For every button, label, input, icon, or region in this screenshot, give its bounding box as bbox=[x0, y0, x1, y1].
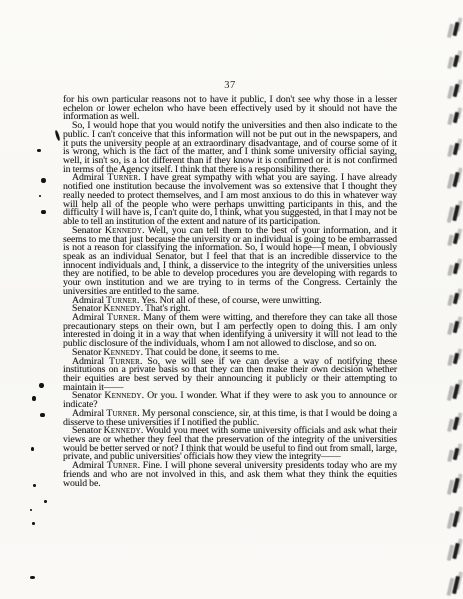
scan-speck bbox=[32, 522, 35, 525]
speaker-name: Senator Kennedy bbox=[72, 390, 142, 401]
scan-smudge bbox=[452, 576, 460, 594]
scan-smudge bbox=[453, 293, 459, 305]
scan-speck bbox=[30, 576, 35, 579]
text-block: for his own particular reasons not to ha… bbox=[63, 96, 397, 488]
scan-smudge bbox=[453, 55, 460, 68]
scan-smudge bbox=[453, 448, 460, 461]
speaker-name: Admiral Turner bbox=[72, 172, 138, 183]
scan-smudge bbox=[452, 478, 459, 494]
scanned-document-page: 37 for his own particular reasons not to… bbox=[0, 0, 463, 599]
scan-smudge bbox=[453, 233, 459, 245]
scan-speck bbox=[31, 447, 34, 451]
scan-speck bbox=[39, 383, 44, 388]
paragraph: Senator Kennedy. Would you meet with som… bbox=[63, 427, 397, 462]
scan-smudge bbox=[452, 172, 459, 188]
scan-speck bbox=[54, 130, 60, 141]
speaker-name: Senator Kennedy bbox=[72, 225, 142, 236]
scan-smudge bbox=[453, 353, 459, 365]
speaker-name: Admiral Turner bbox=[72, 356, 140, 367]
scan-smudge bbox=[452, 511, 459, 527]
scan-smudge bbox=[453, 84, 460, 98]
paragraph: Admiral Turner. Fine. I will phone sever… bbox=[63, 462, 397, 488]
page-number: 37 bbox=[63, 80, 397, 91]
scan-smudge bbox=[453, 417, 460, 431]
scan-smudge bbox=[452, 205, 459, 221]
speaker-name: Admiral Turner bbox=[72, 460, 138, 471]
scan-smudge bbox=[452, 22, 459, 37]
speaker-name: Admiral Turner bbox=[72, 312, 138, 323]
scan-smudge bbox=[452, 384, 459, 400]
scan-speck bbox=[39, 195, 41, 197]
scan-speck bbox=[32, 396, 36, 401]
speaker-name: Senator Kennedy bbox=[72, 425, 141, 436]
scan-speck bbox=[33, 484, 36, 487]
scan-smudge bbox=[453, 112, 459, 124]
paragraph: Admiral Turner. I have great sympathy wi… bbox=[63, 174, 397, 226]
paragraph: So, I would hope that you would notify t… bbox=[63, 122, 397, 174]
paragraph: for his own particular reasons not to ha… bbox=[63, 96, 397, 122]
scan-speck bbox=[37, 149, 41, 152]
scan-smudge bbox=[453, 321, 460, 334]
paragraph: Admiral Turner. Many of them were wittin… bbox=[63, 314, 397, 349]
speaker-name: Admiral Turner bbox=[72, 408, 137, 419]
scan-smudge bbox=[453, 263, 459, 275]
scan-speck bbox=[41, 178, 46, 183]
paragraph: Senator Kennedy. Well, you can tell them… bbox=[63, 227, 397, 297]
scan-smudge bbox=[452, 543, 459, 559]
scan-speck bbox=[41, 210, 46, 214]
scan-speck bbox=[30, 509, 32, 511]
scan-speck bbox=[44, 500, 47, 503]
paragraph: Admiral Turner. So, we will see if we ca… bbox=[63, 358, 397, 393]
scan-speck bbox=[40, 413, 45, 417]
scan-smudge bbox=[453, 143, 460, 156]
